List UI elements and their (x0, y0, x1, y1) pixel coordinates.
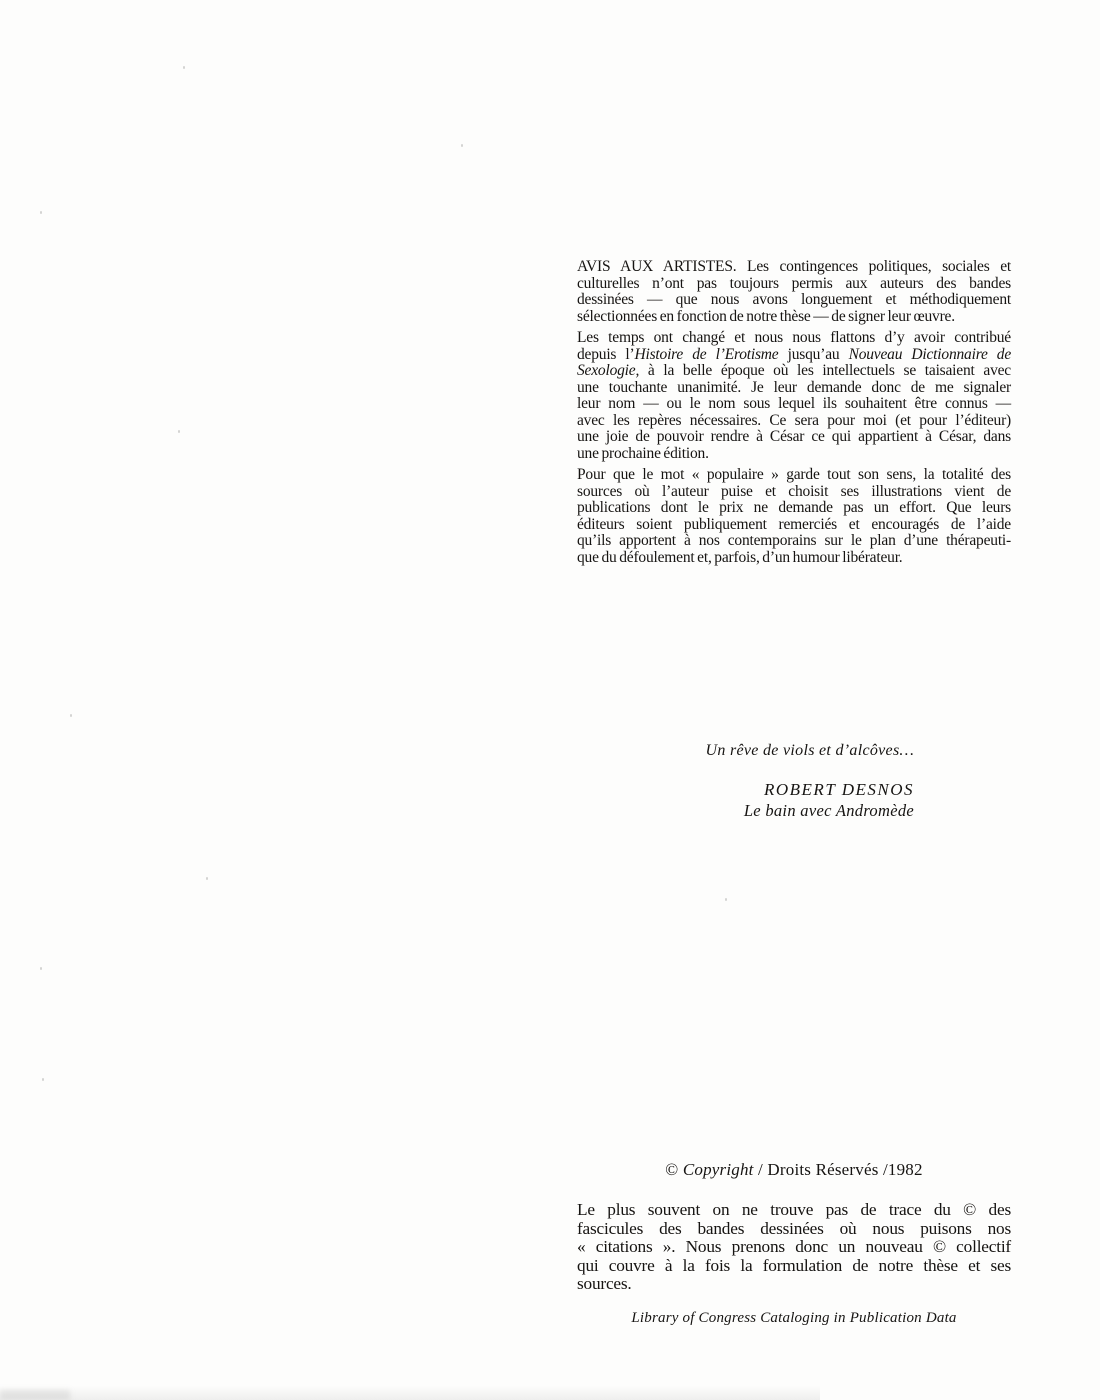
scan-speck (42, 1078, 44, 1081)
text-line: que du défoulement et, parfois, d’un hum… (577, 550, 1011, 567)
text-line: leur nom — ou le nom sous lequel ils sou… (577, 396, 1011, 413)
scan-speck (70, 714, 72, 717)
epigraph-quote: Un rêve de viols et d’alcôves… (577, 741, 914, 761)
text-line: qui couvre à la fois la formulation de n… (577, 1257, 1011, 1276)
text-line: depuis l’Histoire de l’Erotisme jusqu’au… (577, 347, 1011, 364)
scan-smudge (0, 1390, 70, 1400)
text-line: Le plus souvent on ne trouve pas de trac… (577, 1201, 1011, 1220)
text-line: avec les repères nécessaires. Ce sera po… (577, 413, 1011, 430)
notice-paragraph-2: Les temps ont changé et nous nous flatto… (577, 330, 1011, 462)
avis-aux-artistes-notice: AVIS AUX ARTISTES. Les contingences poli… (577, 259, 1011, 571)
scan-speck (40, 967, 42, 970)
text-line: sources où l’auteur puise et choisit ses… (577, 484, 1011, 501)
text-line: dessinées — que nous avons longuement et… (577, 292, 1011, 309)
epigraph-block: Un rêve de viols et d’alcôves… ROBERT DE… (577, 741, 914, 821)
text-line: Les temps ont changé et nous nous flatto… (577, 330, 1011, 347)
text-line: Sexologie, à la belle époque où les inte… (577, 363, 1011, 380)
text-line: une prochaine édition. (577, 446, 1011, 463)
scan-speck (178, 430, 180, 433)
text-line: sources. (577, 1275, 1011, 1294)
scan-speck (461, 144, 463, 147)
text-line: AVIS AUX ARTISTES. Les contingences poli… (577, 259, 1011, 276)
notice-paragraph-3: Pour que le mot « populaire » garde tout… (577, 467, 1011, 566)
text-line: sélectionnées en fonction de notre thèse… (577, 309, 1011, 326)
text-line: Pour que le mot « populaire » garde tout… (577, 467, 1011, 484)
notice-paragraph-1: AVIS AUX ARTISTES. Les contingences poli… (577, 259, 1011, 325)
text-line: qu’ils apportent à nos contemporains sur… (577, 533, 1011, 550)
copyright-line: © Copyright / Droits Réservés /1982 (577, 1160, 1011, 1180)
text-line: une touchante unanimité. Je leur demande… (577, 380, 1011, 397)
scan-speck (40, 211, 42, 214)
text-line: une joie de pouvoir rendre à César ce qu… (577, 429, 1011, 446)
scan-speck (183, 66, 185, 69)
text-line: fascicules des bandes dessinées où nous … (577, 1220, 1011, 1239)
scan-speck (206, 877, 208, 880)
text-line: culturelles n’ont pas toujours permis au… (577, 276, 1011, 293)
epigraph-author: ROBERT DESNOS (577, 779, 914, 800)
scan-speck (725, 898, 727, 901)
library-of-congress-note: Library of Congress Cataloging in Public… (575, 1310, 1013, 1327)
scanned-book-page: AVIS AUX ARTISTES. Les contingences poli… (0, 0, 1100, 1400)
scan-smudge (0, 1386, 820, 1400)
text-line: « citations ». Nous prenons donc un nouv… (577, 1238, 1011, 1257)
copyright-note-paragraph: Le plus souvent on ne trouve pas de trac… (577, 1201, 1011, 1294)
epigraph-work-title: Le bain avec Andromède (577, 800, 914, 821)
text-line: publications dont le prix ne demande pas… (577, 500, 1011, 517)
text-line: éditeurs soient publiquement remerciés e… (577, 517, 1011, 534)
